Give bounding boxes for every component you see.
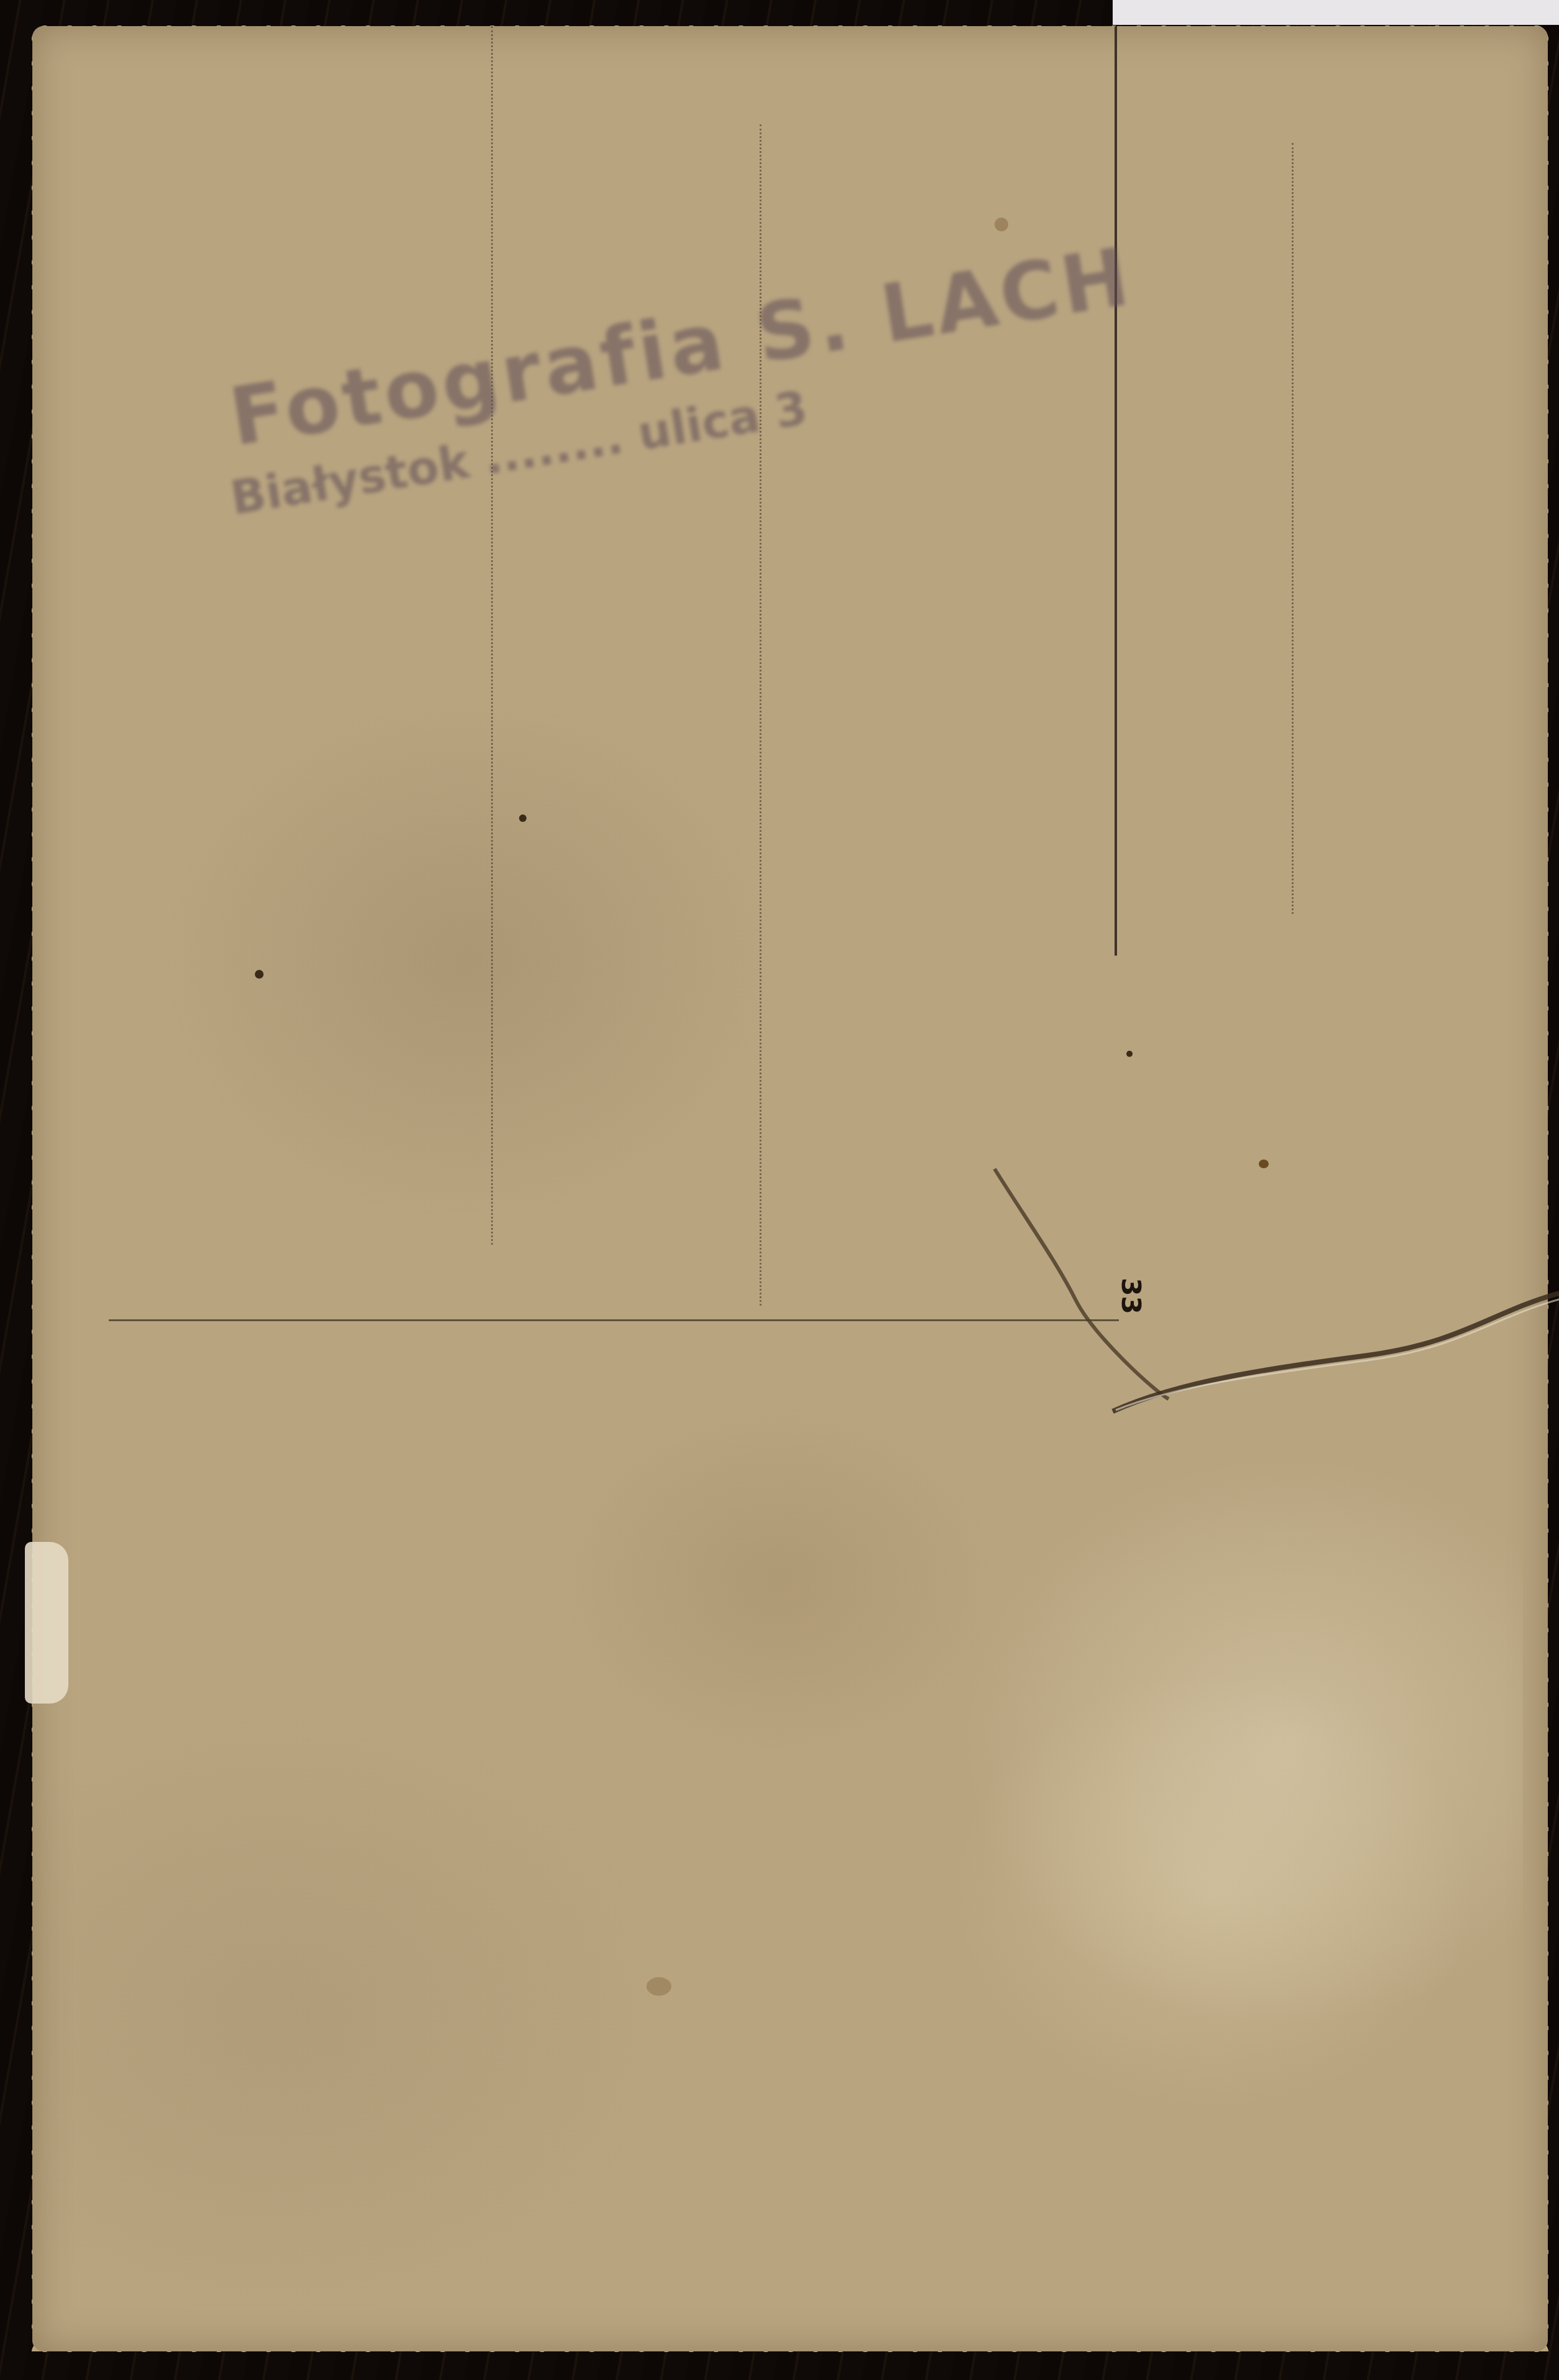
address-divider-vertical	[1115, 26, 1117, 956]
small-ink-mark: 33	[1116, 1278, 1146, 1314]
torn-edge-left	[25, 1542, 68, 1704]
divider-horizontal	[109, 1319, 1119, 1321]
stain-speck	[1259, 1160, 1269, 1168]
stain-speck	[646, 1977, 671, 1996]
light-worn-patch	[932, 1430, 1523, 2052]
ink-speck	[1126, 1051, 1133, 1057]
ink-speck	[519, 814, 527, 822]
faint-perforation-line	[1292, 143, 1294, 914]
faint-perforation-line	[491, 26, 493, 1245]
ink-speck	[255, 970, 264, 979]
stain-speck	[995, 218, 1008, 231]
white-surface-corner	[1113, 0, 1559, 25]
